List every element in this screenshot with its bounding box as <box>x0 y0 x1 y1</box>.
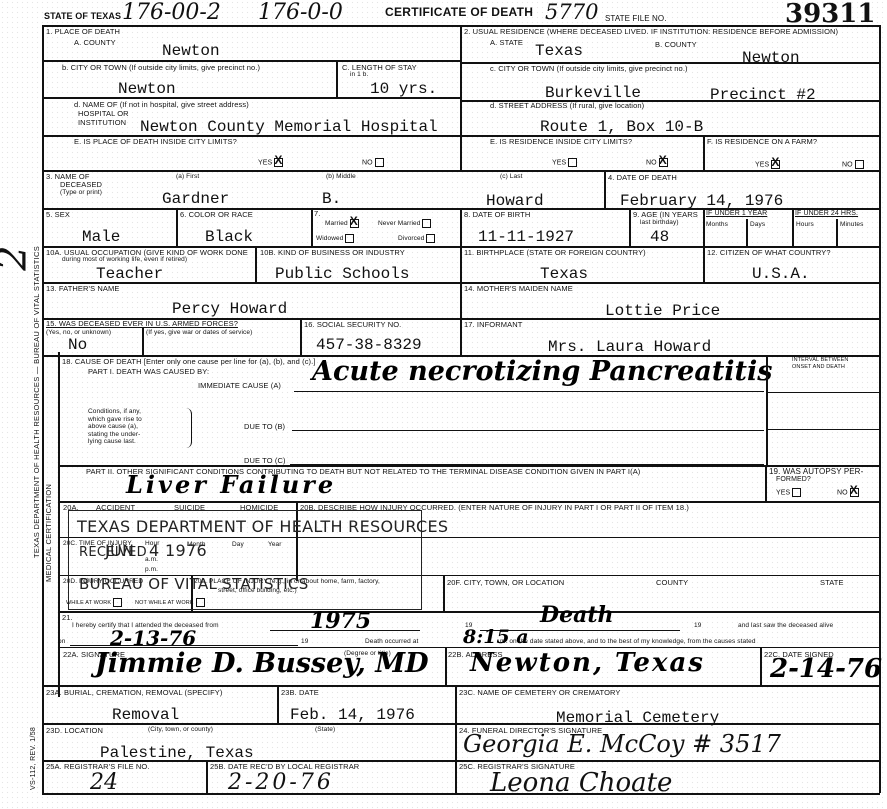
hours-label: Hours <box>796 221 814 228</box>
autopsy-label-2: FORMED? <box>776 476 811 483</box>
sex: Male <box>82 228 120 246</box>
birthplace-label: 11. BIRTHPLACE (State or foreign country… <box>464 248 646 257</box>
autopsy-label-1: 19. WAS AUTOPSY PER- <box>769 467 863 476</box>
checkbox-unchecked[interactable] <box>855 160 864 169</box>
death-city: Newton <box>118 80 176 98</box>
social-security-number: 457-38-8329 <box>316 336 422 354</box>
immediate-cause: Acute necrotizing Pancreatitis <box>312 356 772 387</box>
death-occurred-label: Death occurred at <box>365 638 418 645</box>
marital-widowed[interactable]: Widowed <box>316 234 354 243</box>
death-county: Newton <box>162 42 220 60</box>
age-label-1: 9. AGE (In years <box>633 210 698 219</box>
under-1yr-label: IF UNDER 1 YEAR <box>706 210 767 217</box>
dob-label: 8. DATE OF BIRTH <box>464 210 530 219</box>
physician-signature: Jimmie D. Bussey, MD <box>95 648 429 679</box>
residence-county-label: b. COUNTY <box>655 40 697 49</box>
residence-state: Texas <box>535 42 583 60</box>
funeral-director-signature: Georgia E. McCoy # 3517 <box>463 730 781 758</box>
to-year-label-2: 19 <box>694 622 701 629</box>
location-state-label: (State) <box>315 726 335 733</box>
immediate-cause-label: IMMEDIATE CAUSE (a) <box>198 381 281 390</box>
state-file-label: STATE FILE NO. <box>605 14 667 23</box>
name-label-3: (Type or print) <box>60 189 102 196</box>
first-name-label: (a) First <box>176 173 199 180</box>
days-label: Days <box>750 221 765 228</box>
injury-county-label: COUNTY <box>656 578 688 587</box>
stamp-bureau: BUREAU OF VITAL STATISTICS <box>79 575 309 593</box>
occupation: Teacher <box>96 265 163 283</box>
conditions-note: Conditions, if any, which gave rise to a… <box>88 408 142 446</box>
inside-limits-label: e. IS PLACE OF DEATH INSIDE CITY LIMITS? <box>74 137 237 146</box>
last-name-label: (c) Last <box>500 173 522 180</box>
checkbox-unchecked[interactable] <box>375 158 384 167</box>
physician-address: Newton, Texas <box>470 648 705 678</box>
street-label: d. STREET ADDRESS (If rural, give locati… <box>490 101 644 110</box>
county-label: a. COUNTY <box>74 38 116 47</box>
cause-label: 18. CAUSE OF DEATH [Enter only one cause… <box>62 357 316 366</box>
marital-never-married[interactable]: Never Married <box>378 219 431 228</box>
citizen-label: 12. CITIZEN OF WHAT COUNTRY? <box>707 248 831 257</box>
name-label-2: DECEASED <box>60 180 102 189</box>
middle-name-label: (b) Middle <box>326 173 356 180</box>
injury-location-label: 20f. CITY, TOWN, OR LOCATION <box>447 578 564 587</box>
state-label: STATE OF TEXAS <box>44 11 121 21</box>
handwritten-code-2: 176-0-0 <box>258 0 343 25</box>
months-label: Months <box>706 221 728 228</box>
due-to-c-label: DUE TO (c) <box>244 456 286 465</box>
due-to-b-label: DUE TO (b) <box>244 422 285 431</box>
autopsy-yes[interactable]: YES <box>776 488 801 497</box>
informant: Mrs. Laura Howard <box>548 338 711 356</box>
marital-married[interactable]: Married <box>325 219 359 228</box>
death-inside-limits-yes[interactable]: YES <box>258 158 283 167</box>
hospital-name: Newton County Memorial Hospital <box>140 118 438 136</box>
farm-label: f. IS RESIDENCE ON A FARM? <box>707 137 817 146</box>
stamp-month: JUN <box>105 541 134 560</box>
father-label: 13. FATHER'S NAME <box>46 284 119 293</box>
place-of-death-label: 1. PLACE OF DEATH <box>46 27 120 36</box>
burial-type: Removal <box>112 706 179 724</box>
residence-street: Route 1, Box 10-B <box>540 118 703 136</box>
mother-label: 14. MOTHER'S MAIDEN NAME <box>464 284 573 293</box>
armed-yes-no-label: (Yes, no, or unknown) <box>46 329 111 336</box>
registrar-signature: Leona Choate <box>490 768 672 798</box>
registrar-file-number: 24 <box>90 770 118 795</box>
last-saw-text: and last saw the deceased alive <box>738 622 833 629</box>
industry-label: 10b. KIND OF BUSINESS OR INDUSTRY <box>260 248 405 257</box>
interval-label-2: ONSET AND DEATH <box>792 364 845 370</box>
industry: Public Schools <box>275 265 409 283</box>
checkbox-unchecked[interactable] <box>792 488 801 497</box>
handwritten-code-1: 176-00-2 <box>122 0 221 25</box>
checkbox-checked[interactable] <box>274 158 283 167</box>
checkbox-checked[interactable] <box>771 160 780 169</box>
marital-label: 7. <box>314 209 320 218</box>
part1-label: PART I. DEATH WAS CAUSED BY: <box>88 367 209 376</box>
checkbox-checked[interactable] <box>350 219 359 228</box>
middle-name: B. <box>322 190 341 208</box>
race: Black <box>205 228 253 246</box>
armed-forces-value: No <box>68 336 87 354</box>
cemetery-label: 23c. NAME OF CEMETERY OR CREMATORY <box>459 688 621 697</box>
ssn-label: 16. SOCIAL SECURITY NO. <box>304 320 401 329</box>
residence-label: 2. USUAL RESIDENCE (Where deceased lived… <box>464 27 838 36</box>
death-inside-limits-no[interactable]: NO <box>362 158 384 167</box>
occupation-label-2: during most of working life, even if ret… <box>62 256 187 263</box>
attended-from: 1975 <box>310 608 371 634</box>
death-certificate: STATE OF TEXAS 176-00-2 176-0-0 CERTIFIC… <box>0 0 887 809</box>
hospital-label-2: HOSPITAL OR <box>78 109 129 118</box>
injury-state-label: STATE <box>820 578 844 587</box>
handwritten-number: 5770 <box>545 0 598 24</box>
margin-mark: 2 <box>0 245 36 270</box>
medical-certification-label: MEDICAL CERTIFICATION <box>44 484 53 582</box>
form-revision-label: VS-112, REV. 1/58 <box>30 727 37 790</box>
checkbox-unchecked[interactable] <box>426 234 435 243</box>
marital-divorced[interactable]: Divorced <box>398 234 435 243</box>
stamp-year: 1976 <box>165 541 207 560</box>
residence-city-label: c. CITY OR TOWN (If outside city limits,… <box>490 64 688 73</box>
certification-label: 21. <box>62 613 73 622</box>
location-label: 23d. LOCATION <box>46 726 103 735</box>
checkbox-checked[interactable] <box>659 158 668 167</box>
father-name: Percy Howard <box>172 300 287 318</box>
city-label: b. CITY OR TOWN (If outside city limits,… <box>62 63 260 72</box>
informant-label: 17. INFORMANT <box>464 320 522 329</box>
citizenship: U.S.A. <box>752 265 810 283</box>
date-signed: 2-14-76 <box>770 654 882 684</box>
checkbox-unchecked[interactable] <box>568 158 577 167</box>
department-side-label: TEXAS DEPARTMENT OF HEALTH RESOURCES — B… <box>32 246 41 558</box>
disposition-date: Feb. 14, 1976 <box>290 706 415 724</box>
birthplace: Texas <box>540 265 588 283</box>
year-19-label: 19 <box>301 638 308 645</box>
certificate-title: CERTIFICATE OF DEATH <box>385 5 533 19</box>
on-label: on <box>58 638 65 645</box>
checkbox-unchecked[interactable] <box>345 234 354 243</box>
minutes-label: Minutes <box>840 221 863 228</box>
armed-war-label: (If yes, give war or dates of service) <box>146 329 252 336</box>
checkbox-unchecked[interactable] <box>422 219 431 228</box>
residence-county: Newton <box>742 49 800 67</box>
hospital-label-1: d. NAME OF (If not in hospital, give str… <box>74 100 249 109</box>
received-stamp: TEXAS DEPARTMENT OF HEALTH RESOURCES REC… <box>68 510 422 610</box>
first-name: Gardner <box>162 190 229 208</box>
age-label-2: last birthday) <box>640 219 679 226</box>
autopsy-no[interactable]: NO <box>837 488 859 497</box>
burial-label: 23a. BURIAL, CREMATION, REMOVAL (Specify… <box>46 688 223 697</box>
stamp-day: 4 <box>149 541 159 560</box>
stamp-department: TEXAS DEPARTMENT OF HEALTH RESOURCES <box>77 517 448 536</box>
conditions-bracket <box>186 408 192 448</box>
interval-label-1: INTERVAL BETWEEN <box>792 357 849 363</box>
residence-inside-limits-yes[interactable]: YES <box>552 158 577 167</box>
part2-conditions: Liver Failure <box>126 470 336 499</box>
residence-state-label: a. STATE <box>490 38 523 47</box>
stay-sub-label: in 1 b. <box>350 71 368 78</box>
certification-text-2: m. on the date stated above, and to the … <box>500 638 756 645</box>
checkbox-checked[interactable] <box>850 488 859 497</box>
race-label: 6. COLOR OR RACE <box>180 210 253 219</box>
residence-inside-limits-no[interactable]: NO <box>646 158 668 167</box>
residence-inside-limits-label: e. IS RESIDENCE INSIDE CITY LIMITS? <box>490 137 632 146</box>
under-24hrs-label: IF UNDER 24 HRS. <box>795 210 858 217</box>
length-of-stay: 10 yrs. <box>370 80 437 98</box>
date-of-birth: 11-11-1927 <box>478 228 574 246</box>
attended-to: Death <box>540 602 614 628</box>
farm-yes[interactable]: YES <box>755 160 780 169</box>
disposition-date-label: 23b. DATE <box>281 688 319 697</box>
registrar-date: 2-20-76 <box>228 770 334 795</box>
location-city-label: (City, town, or county) <box>148 726 213 733</box>
hospital-label-3: INSTITUTION <box>78 118 126 127</box>
armed-forces-label: 15. WAS DECEASED EVER IN U.S. ARMED FORC… <box>46 319 238 328</box>
farm-no[interactable]: NO <box>842 160 864 169</box>
age: 48 <box>650 228 669 246</box>
date-of-death-label: 4. DATE OF DEATH <box>608 173 677 182</box>
sex-label: 5. SEX <box>46 210 70 219</box>
